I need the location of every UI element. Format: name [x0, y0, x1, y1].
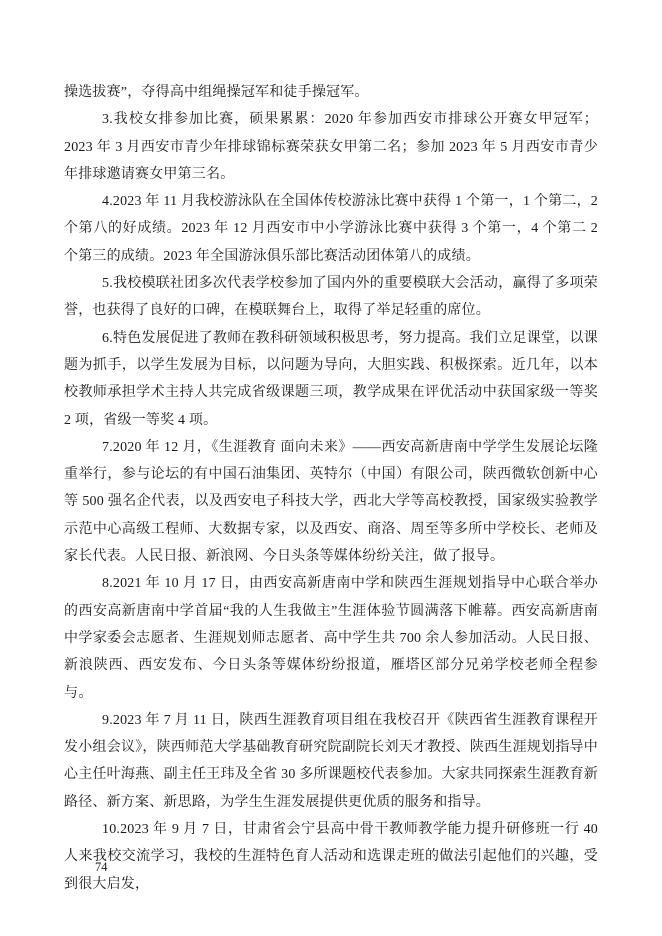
document-body: 操选拔赛”，夺得高中组绳操冠军和徒手操冠军。3.我校女排参加比赛，硕果累累：20… [64, 79, 598, 898]
paragraph-7: 8.2021 年 10 月 17 日，由西安高新唐南中学和陕西生涯规划指导中心联… [64, 570, 598, 706]
page-number: 74 [95, 859, 108, 875]
paragraph-1: 操选拔赛”，夺得高中组绳操冠军和徒手操冠军。 [64, 79, 598, 106]
paragraph-4: 5.我校模联社团多次代表学校参加了国内外的重要模联大会活动，赢得了多项荣誉，也获… [64, 270, 598, 325]
paragraph-2: 3.我校女排参加比赛，硕果累累：2020 年参加西安市排球公开赛女甲冠军；202… [64, 106, 598, 188]
paragraph-3: 4.2023 年 11 月我校游泳队在全国体传校游泳比赛中获得 1 个第一，1 … [64, 188, 598, 270]
paragraph-8: 9.2023 年 7 月 11 日，陕西生涯教育项目组在我校召开《陕西省生涯教育… [64, 707, 598, 816]
paragraph-5: 6.特色发展促进了教师在教科研领域积极思考，努力提高。我们立足课堂，以课题为抓手… [64, 325, 598, 434]
document-page: 操选拔赛”，夺得高中组绳操冠军和徒手操冠军。3.我校女排参加比赛，硕果累累：20… [0, 0, 662, 936]
paragraph-6: 7.2020 年 12 月，《生涯教育 面向未来》——西安高新唐南中学学生发展论… [64, 434, 598, 570]
paragraph-9: 10.2023 年 9 月 7 日，甘肃省会宁县高中骨干教师教学能力提升研修班一… [64, 816, 598, 898]
